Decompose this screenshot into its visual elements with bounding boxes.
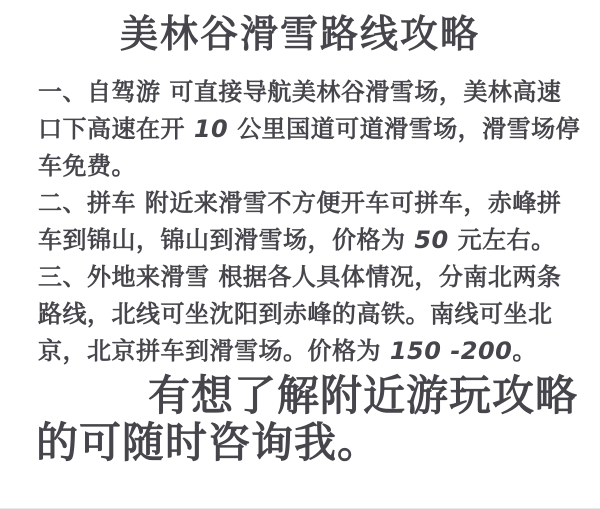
paragraph-out-of-town: 三、外地来滑雪 根据各人具体情况，分南北两条 路线，北线可坐沈阳到赤峰的高铁。南… xyxy=(38,259,590,370)
paragraph-self-drive: 一、自驾游 可直接导航美林谷滑雪场，美林高速 口下高速在开 10 公里国道可道滑… xyxy=(38,74,590,185)
contact-note: 有想了解附近游玩攻略 的可随时咨询我。 xyxy=(0,372,600,466)
page-title: 美林谷滑雪路线攻略 xyxy=(0,0,600,58)
paragraph-carpool: 二、拼车 附近来滑雪不方便开车可拼车，赤峰拼 车到锦山，锦山到滑雪场，价格为 5… xyxy=(38,185,590,259)
route-guide-text: 一、自驾游 可直接导航美林谷滑雪场，美林高速 口下高速在开 10 公里国道可道滑… xyxy=(0,74,600,370)
page: 美林谷滑雪路线攻略 一、自驾游 可直接导航美林谷滑雪场，美林高速 口下高速在开 … xyxy=(0,0,600,509)
